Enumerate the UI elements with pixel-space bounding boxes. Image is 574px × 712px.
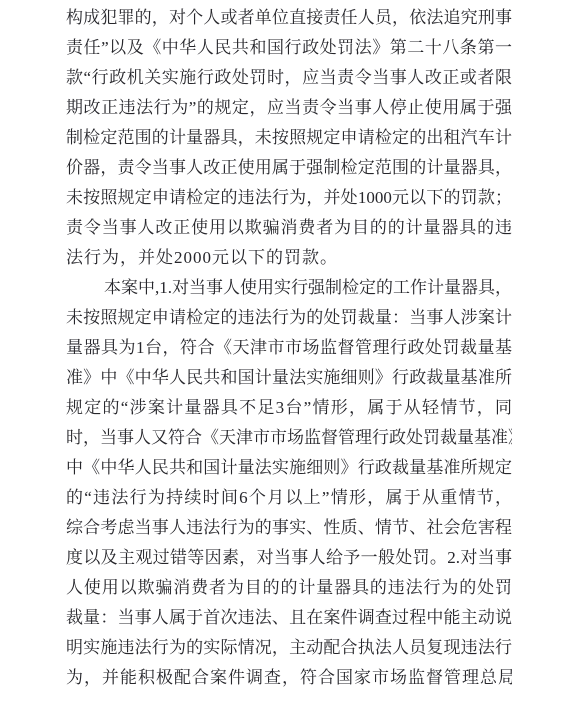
penalty-decision-document-page: 构成犯罪的，对个人或者单位直接责任人员，依法追究刑事 责任”以及《中华人民共和国…: [0, 0, 574, 712]
document-text-line: 裁量：当事人属于首次违法、且在案件调查过程中能主动说: [66, 603, 512, 633]
document-text-line: 人使用以欺骗消费者为目的的计量器具的违法行为的处罚: [66, 573, 512, 603]
document-text-line: 为，并能积极配合案件调查，符合国家市场监督管理总局: [66, 663, 512, 693]
document-text-line: 量器具为1台，符合《天津市市场监督管理行政处罚裁量基: [66, 333, 512, 363]
document-text-line: 时，当事人又符合《天津市市场监督管理行政处罚裁量基准》: [66, 423, 512, 453]
document-text-line: 中《中华人民共和国计量法实施细则》行政裁量基准所规定: [66, 453, 512, 483]
document-text-line: 制检定范围的计量器具，未按照规定申请检定的出租汽车计: [66, 123, 512, 153]
document-text-line: 法行为，并处2000元以下的罚款。: [66, 243, 512, 273]
document-text-line: 责任”以及《中华人民共和国行政处罚法》第二十八条第一: [66, 33, 512, 63]
document-text-line: 期改正违法行为”的规定，应当责令当事人停止使用属于强: [66, 93, 512, 123]
document-text-line: 的“违法行为持续时间6个月以上”情形，属于从重情节，: [66, 483, 512, 513]
document-text-line: 款“行政机关实施行政处罚时，应当责令当事人改正或者限: [66, 63, 512, 93]
document-text-line: 准》中《中华人民共和国计量法实施细则》行政裁量基准所: [66, 363, 512, 393]
document-text-line: 责令当事人改正使用以欺骗消费者为目的的计量器具的违: [66, 213, 512, 243]
document-text-line: 未按照规定申请检定的违法行为，并处1000元以下的罚款；: [66, 183, 512, 213]
document-text-line: 未按照规定申请检定的违法行为的处罚裁量：当事人涉案计: [66, 303, 512, 333]
document-text-line: 价器，责令当事人改正使用属于强制检定范围的计量器具，: [66, 153, 512, 183]
document-text-block: 构成犯罪的，对个人或者单位直接责任人员，依法追究刑事 责任”以及《中华人民共和国…: [66, 3, 512, 693]
document-text-line: 明实施违法行为的实际情况，主动配合执法人员复现违法行: [66, 633, 512, 663]
document-text-line: 度以及主观过错等因素，对当事人给予一般处罚。2.对当事: [66, 543, 512, 573]
document-text-line: 综合考虑当事人违法行为的事实、性质、情节、社会危害程: [66, 513, 512, 543]
document-text-line: 构成犯罪的，对个人或者单位直接责任人员，依法追究刑事: [66, 3, 512, 33]
document-text-line: 本案中,1.对当事人使用实行强制检定的工作计量器具，: [66, 273, 512, 303]
document-text-line: 规定的“涉案计量器具不足3台”情形，属于从轻情节，同: [66, 393, 512, 423]
